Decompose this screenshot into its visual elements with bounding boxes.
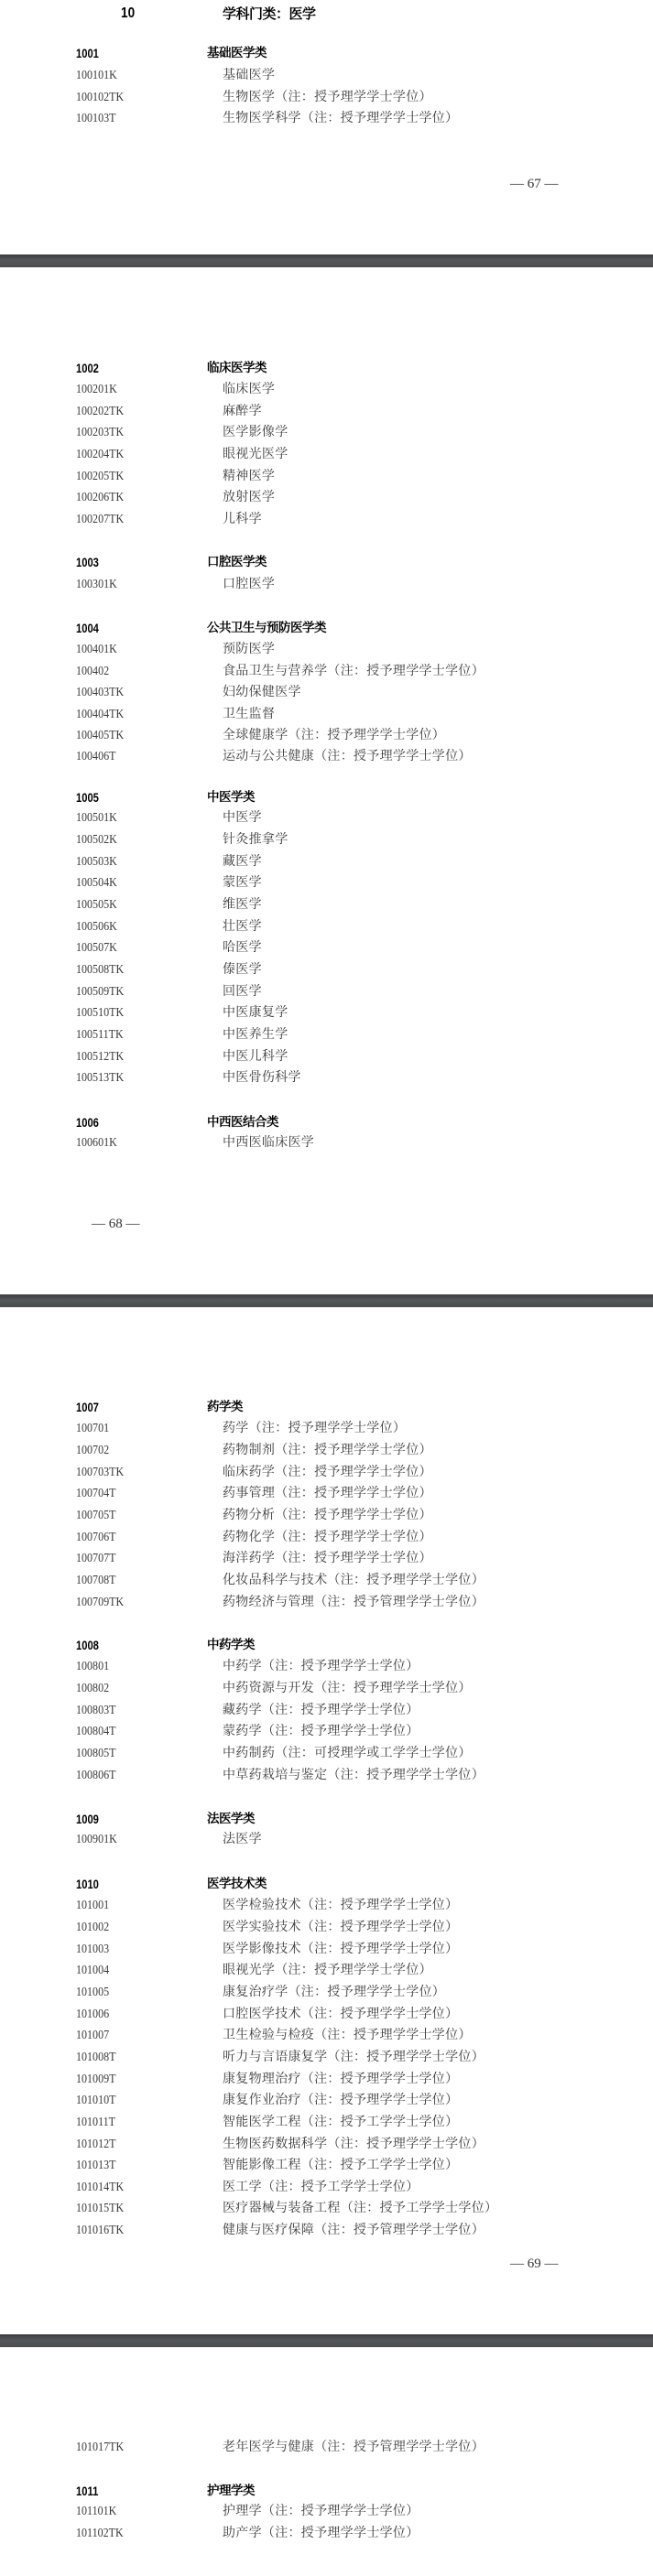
major-name: 眼视光医学 (223, 445, 288, 465)
list-item: 101005康复治疗学（注：授予理学学士学位） (0, 1983, 653, 2003)
group-header-1007: 1007 药学类 (0, 1397, 653, 1417)
group-code: 1002 (76, 358, 99, 378)
major-code: 100401K (76, 640, 117, 660)
list-item: 100508TK傣医学 (0, 960, 653, 980)
list-item: 100806T中草药栽培与鉴定（注：授予理学学士学位） (0, 1766, 653, 1786)
group-code: 1008 (76, 1635, 99, 1655)
major-code: 100501K (76, 808, 117, 828)
major-code: 100404TK (76, 705, 124, 725)
group-code: 1004 (76, 618, 99, 638)
major-name: 生物医药数据科学（注：授予理学学士学位） (223, 2135, 484, 2155)
group-name: 临床医学类 (207, 358, 267, 378)
major-name: 麻醉学 (223, 402, 262, 422)
major-code: 101012T (76, 2135, 115, 2155)
major-name: 中医康复学 (223, 1003, 288, 1023)
group-code: 1011 (76, 2481, 98, 2501)
major-code: 101017TK (76, 2438, 124, 2458)
major-name: 预防医学 (223, 640, 275, 660)
major-name: 中医学 (223, 808, 262, 828)
major-code: 100502K (76, 830, 117, 850)
list-item: 100801中药学（注：授予理学学士学位） (0, 1657, 653, 1677)
major-name: 维医学 (223, 895, 262, 915)
list-item: 101003医学影像技术（注：授予理学学士学位） (0, 1940, 653, 1960)
major-code: 100507K (76, 938, 117, 958)
list-item: 101102TK助产学（注：授予理学学士学位） (0, 2524, 653, 2544)
group-header-1011: 1011 护理学类 (0, 2481, 653, 2501)
major-code: 100806T (76, 1766, 115, 1786)
list-item: 100513TK中医骨伤科学 (0, 1068, 653, 1088)
major-name: 医学影像技术（注：授予理学学士学位） (223, 1940, 458, 1960)
list-item: 100101K基础医学 (0, 66, 653, 86)
major-code: 101007 (76, 2026, 109, 2046)
major-code: 101005 (76, 1983, 109, 2003)
list-item: 100201K临床医学 (0, 380, 653, 400)
major-code: 100206TK (76, 488, 124, 508)
list-item: 100709TK药物经济与管理（注：授予管理学学士学位） (0, 1593, 653, 1613)
page-separator (0, 2334, 653, 2347)
major-name: 临床药学（注：授予理学学士学位） (223, 1463, 432, 1483)
major-code: 100203TK (76, 423, 124, 443)
group-name: 药学类 (207, 1397, 243, 1417)
major-name: 生物医学（注：授予理学学士学位） (223, 88, 432, 108)
major-code: 100702 (76, 1441, 109, 1461)
major-code: 100504K (76, 873, 117, 893)
list-item: 101010T康复作业治疗（注：授予理学学士学位） (0, 2091, 653, 2111)
major-code: 101016TK (76, 2221, 124, 2241)
list-item: 100402食品卫生与营养学（注：授予理学学士学位） (0, 662, 653, 682)
major-code: 101013T (76, 2156, 115, 2176)
major-name: 智能影像工程（注：授予工学学士学位） (223, 2156, 458, 2176)
list-item: 101013T智能影像工程（注：授予工学学士学位） (0, 2156, 653, 2176)
major-name: 卫生监督 (223, 705, 275, 725)
major-name: 傣医学 (223, 960, 262, 980)
list-item: 100404TK卫生监督 (0, 705, 653, 725)
list-item: 100704T药事管理（注：授予理学学士学位） (0, 1484, 653, 1504)
category-number: 10 (121, 3, 135, 25)
major-code: 100102TK (76, 88, 124, 108)
list-item: 100701药学（注：授予理学学士学位） (0, 1419, 653, 1439)
major-code: 101008T (76, 2048, 115, 2068)
major-name: 老年医学与健康（注：授予管理学学士学位） (223, 2438, 484, 2458)
major-code: 101002 (76, 1918, 109, 1938)
major-name: 口腔医学技术（注：授予理学学士学位） (223, 2005, 458, 2025)
group-code: 1001 (76, 43, 99, 63)
major-name: 临床医学 (223, 380, 275, 400)
major-name: 药物制剂（注：授予理学学士学位） (223, 1441, 432, 1461)
major-name: 助产学（注：授予理学学士学位） (223, 2524, 419, 2544)
major-code: 101011T (76, 2113, 115, 2133)
major-code: 100503K (76, 852, 117, 872)
group-name: 公共卫生与预防医学类 (207, 618, 326, 638)
group-header-1009: 1009 法医学类 (0, 1809, 653, 1829)
major-name: 壮医学 (223, 917, 262, 937)
category-label: 学科门类：医学 (223, 3, 316, 25)
list-item: 100804T蒙药学（注：授予理学学士学位） (0, 1722, 653, 1742)
list-item: 100803T藏药学（注：授予理学学士学位） (0, 1701, 653, 1721)
group-name: 法医学类 (207, 1809, 255, 1829)
page-number: — 67 — (510, 175, 559, 193)
list-item: 101015TK医疗器械与装备工程（注：授予工学学士学位） (0, 2199, 653, 2219)
major-code: 100301K (76, 575, 117, 595)
group-header-1010: 1010 医学技术类 (0, 1874, 653, 1894)
major-code: 100703TK (76, 1463, 124, 1483)
group-header-1002: 1002 临床医学类 (0, 358, 653, 378)
major-code: 100511TK (76, 1025, 124, 1045)
list-item: 100206TK放射医学 (0, 488, 653, 508)
major-code: 101010T (76, 2091, 115, 2111)
list-item: 100103T生物医学科学（注：授予理学学士学位） (0, 109, 653, 129)
group-code: 1003 (76, 552, 99, 572)
major-code: 100506K (76, 917, 117, 937)
list-item: 100702药物制剂（注：授予理学学士学位） (0, 1441, 653, 1461)
list-item: 101014TK医工学（注：授予工学学士学位） (0, 2178, 653, 2198)
major-name: 妇幼保健医学 (223, 683, 301, 703)
major-name: 生物医学科学（注：授予理学学士学位） (223, 109, 458, 129)
list-item: 100901K法医学 (0, 1830, 653, 1850)
major-name: 中药制药（注：可授理学或工学学士学位） (223, 1744, 472, 1764)
major-code: 101015TK (76, 2199, 124, 2219)
group-code: 1006 (76, 1112, 99, 1132)
list-item: 100405TK全球健康学（注：授予理学学士学位） (0, 726, 653, 746)
major-name: 放射医学 (223, 488, 275, 508)
major-code: 100805T (76, 1744, 115, 1764)
major-code: 100205TK (76, 467, 124, 487)
list-item: 100102TK生物医学（注：授予理学学士学位） (0, 88, 653, 108)
list-item: 101016TK健康与医疗保障（注：授予管理学学士学位） (0, 2221, 653, 2241)
page-number: — 69 — (510, 2255, 559, 2273)
major-code: 101004 (76, 1961, 109, 1981)
list-item: 100512TK中医儿科学 (0, 1047, 653, 1067)
list-item: 100511TK中医养生学 (0, 1025, 653, 1045)
list-item: 100708T化妆品科学与技术（注：授予理学学士学位） (0, 1571, 653, 1591)
list-item: 100703TK临床药学（注：授予理学学士学位） (0, 1463, 653, 1483)
major-code: 101001 (76, 1896, 109, 1916)
major-name: 化妆品科学与技术（注：授予理学学士学位） (223, 1571, 484, 1591)
group-header-1008: 1008 中药学类 (0, 1635, 653, 1655)
major-name: 中药资源与开发（注：授予理学学士学位） (223, 1679, 472, 1699)
group-header-1001: 1001 基础医学类 (0, 43, 653, 63)
group-name: 中医学类 (207, 787, 255, 807)
group-header-1006: 1006 中西医结合类 (0, 1112, 653, 1132)
major-name: 藏药学（注：授予理学学士学位） (223, 1701, 419, 1721)
list-item: 100510TK中医康复学 (0, 1003, 653, 1023)
major-name: 中药学（注：授予理学学士学位） (223, 1657, 419, 1677)
list-item: 101006口腔医学技术（注：授予理学学士学位） (0, 2005, 653, 2025)
major-code: 100207TK (76, 510, 124, 530)
list-item: 100403TK妇幼保健医学 (0, 683, 653, 703)
major-code: 101003 (76, 1940, 109, 1960)
group-code: 1007 (76, 1397, 99, 1417)
list-item: 100301K口腔医学 (0, 575, 653, 595)
list-item: 100202TK麻醉学 (0, 402, 653, 422)
major-name: 回医学 (223, 982, 262, 1002)
major-code: 100509TK (76, 982, 124, 1002)
list-item: 101002医学实验技术（注：授予理学学士学位） (0, 1918, 653, 1938)
group-name: 基础医学类 (207, 43, 267, 63)
major-name: 医疗器械与装备工程（注：授予工学学士学位） (223, 2199, 497, 2219)
page-separator (0, 254, 653, 267)
group-name: 中药学类 (207, 1635, 255, 1655)
group-code: 1010 (76, 1874, 99, 1894)
major-name: 医学影像学 (223, 423, 288, 443)
major-code: 100801 (76, 1657, 109, 1677)
list-item: 101101K护理学（注：授予理学学士学位） (0, 2502, 653, 2522)
major-name: 中西医临床医学 (223, 1133, 314, 1153)
major-name: 医工学（注：授予工学学士学位） (223, 2178, 419, 2198)
major-name: 蒙医学 (223, 873, 262, 893)
major-code: 100505K (76, 895, 117, 915)
major-name: 哈医学 (223, 938, 262, 958)
major-name: 针灸推拿学 (223, 830, 288, 850)
list-item: 100601K中西医临床医学 (0, 1133, 653, 1153)
list-item: 100505K维医学 (0, 895, 653, 915)
group-name: 护理学类 (207, 2481, 255, 2501)
major-code: 100707T (76, 1549, 115, 1569)
list-item: 100504K蒙医学 (0, 873, 653, 893)
group-name: 中西医结合类 (207, 1112, 278, 1132)
list-item: 100506K壮医学 (0, 917, 653, 937)
list-item: 101011T智能医学工程（注：授予工学学士学位） (0, 2113, 653, 2133)
major-code: 101006 (76, 2005, 109, 2025)
group-name: 医学技术类 (207, 1874, 267, 1894)
group-header-1003: 1003 口腔医学类 (0, 552, 653, 572)
major-code: 101101K (76, 2502, 116, 2522)
list-item: 101017TK老年医学与健康（注：授予管理学学士学位） (0, 2438, 653, 2458)
major-code: 100708T (76, 1571, 115, 1591)
major-name: 儿科学 (223, 510, 262, 530)
major-code: 100510TK (76, 1003, 124, 1023)
major-name: 医学检验技术（注：授予理学学士学位） (223, 1896, 458, 1916)
major-name: 药学（注：授予理学学士学位） (223, 1419, 406, 1439)
list-item: 101007卫生检验与检疫（注：授予理学学士学位） (0, 2026, 653, 2046)
major-code: 100512TK (76, 1047, 124, 1067)
major-name: 海洋药学（注：授予理学学士学位） (223, 1549, 432, 1569)
list-item: 100501K中医学 (0, 808, 653, 828)
major-code: 101102TK (76, 2524, 124, 2544)
major-name: 运动与公共健康（注：授予理学学士学位） (223, 747, 472, 767)
list-item: 100401K预防医学 (0, 640, 653, 660)
major-code: 100508TK (76, 960, 124, 980)
major-name: 听力与言语康复学（注：授予理学学士学位） (223, 2048, 484, 2068)
major-name: 护理学（注：授予理学学士学位） (223, 2502, 419, 2522)
page-separator (0, 1294, 653, 1307)
list-item: 100705T药物分析（注：授予理学学士学位） (0, 1506, 653, 1526)
major-name: 康复治疗学（注：授予理学学士学位） (223, 1983, 445, 2003)
major-code: 100101K (76, 66, 117, 86)
major-name: 法医学 (223, 1830, 262, 1850)
major-name: 康复物理治疗（注：授予理学学士学位） (223, 2070, 458, 2090)
major-name: 药物经济与管理（注：授予管理学学士学位） (223, 1593, 484, 1613)
major-name: 精神医学 (223, 467, 275, 487)
major-code: 100204TK (76, 445, 124, 465)
major-name: 眼视光学（注：授予理学学士学位） (223, 1961, 432, 1981)
major-code: 100704T (76, 1484, 115, 1504)
list-item: 100509TK回医学 (0, 982, 653, 1002)
major-code: 100709TK (76, 1593, 124, 1613)
major-name: 卫生检验与检疫（注：授予理学学士学位） (223, 2026, 472, 2046)
major-name: 口腔医学 (223, 575, 275, 595)
group-header-1004: 1004 公共卫生与预防医学类 (0, 618, 653, 638)
list-item: 101004眼视光学（注：授予理学学士学位） (0, 1961, 653, 1981)
group-code: 1009 (76, 1809, 99, 1829)
list-item: 101009T康复物理治疗（注：授予理学学士学位） (0, 2070, 653, 2090)
major-code: 100802 (76, 1679, 109, 1699)
list-item: 100502K针灸推拿学 (0, 830, 653, 850)
major-code: 100705T (76, 1506, 115, 1526)
major-name: 智能医学工程（注：授予工学学士学位） (223, 2113, 458, 2133)
major-code: 100803T (76, 1701, 115, 1721)
list-item: 101008T听力与言语康复学（注：授予理学学士学位） (0, 2048, 653, 2068)
group-name: 口腔医学类 (207, 552, 267, 572)
major-name: 药事管理（注：授予理学学士学位） (223, 1484, 432, 1504)
group-code: 1005 (76, 787, 99, 807)
major-name: 中草药栽培与鉴定（注：授予理学学士学位） (223, 1766, 484, 1786)
major-name: 医学实验技术（注：授予理学学士学位） (223, 1918, 458, 1938)
major-name: 康复作业治疗（注：授予理学学士学位） (223, 2091, 458, 2111)
group-header-1005: 1005 中医学类 (0, 787, 653, 807)
major-name: 食品卫生与营养学（注：授予理学学士学位） (223, 662, 484, 682)
major-code: 100901K (76, 1830, 117, 1850)
major-name: 健康与医疗保障（注：授予管理学学士学位） (223, 2221, 484, 2241)
major-code: 100403TK (76, 683, 124, 703)
major-code: 100706T (76, 1528, 115, 1548)
list-item: 100802中药资源与开发（注：授予理学学士学位） (0, 1679, 653, 1699)
major-code: 100405TK (76, 726, 124, 746)
major-name: 中医儿科学 (223, 1047, 288, 1067)
major-code: 100201K (76, 380, 117, 400)
list-item: 100706T药物化学（注：授予理学学士学位） (0, 1528, 653, 1548)
list-item: 100503K藏医学 (0, 852, 653, 872)
list-item: 100707T海洋药学（注：授予理学学士学位） (0, 1549, 653, 1569)
list-item: 100507K哈医学 (0, 938, 653, 958)
list-item: 100205TK精神医学 (0, 467, 653, 487)
list-item: 101001医学检验技术（注：授予理学学士学位） (0, 1896, 653, 1916)
list-item: 100207TK儿科学 (0, 510, 653, 530)
major-code: 101014TK (76, 2178, 124, 2198)
major-name: 中医骨伤科学 (223, 1068, 301, 1088)
major-code: 100513TK (76, 1068, 124, 1088)
major-code: 100701 (76, 1419, 109, 1439)
major-code: 100406T (76, 747, 115, 767)
list-item: 100805T中药制药（注：可授理学或工学学士学位） (0, 1744, 653, 1764)
major-name: 药物化学（注：授予理学学士学位） (223, 1528, 432, 1548)
major-name: 药物分析（注：授予理学学士学位） (223, 1506, 432, 1526)
major-name: 基础医学 (223, 66, 275, 86)
major-name: 全球健康学（注：授予理学学士学位） (223, 726, 445, 746)
major-code: 101009T (76, 2070, 115, 2090)
list-item: 100203TK医学影像学 (0, 423, 653, 443)
major-code: 100402 (76, 662, 109, 682)
major-code: 100804T (76, 1722, 115, 1742)
major-code: 100601K (76, 1133, 117, 1153)
list-item: 100406T运动与公共健康（注：授予理学学士学位） (0, 747, 653, 767)
list-item: 101012T生物医药数据科学（注：授予理学学士学位） (0, 2135, 653, 2155)
major-name: 中医养生学 (223, 1025, 288, 1045)
major-name: 藏医学 (223, 852, 262, 872)
major-code: 100103T (76, 109, 115, 129)
list-item: 100204TK眼视光医学 (0, 445, 653, 465)
major-name: 蒙药学（注：授予理学学士学位） (223, 1722, 419, 1742)
major-code: 100202TK (76, 402, 124, 422)
page-number: — 68 — (92, 1215, 140, 1233)
